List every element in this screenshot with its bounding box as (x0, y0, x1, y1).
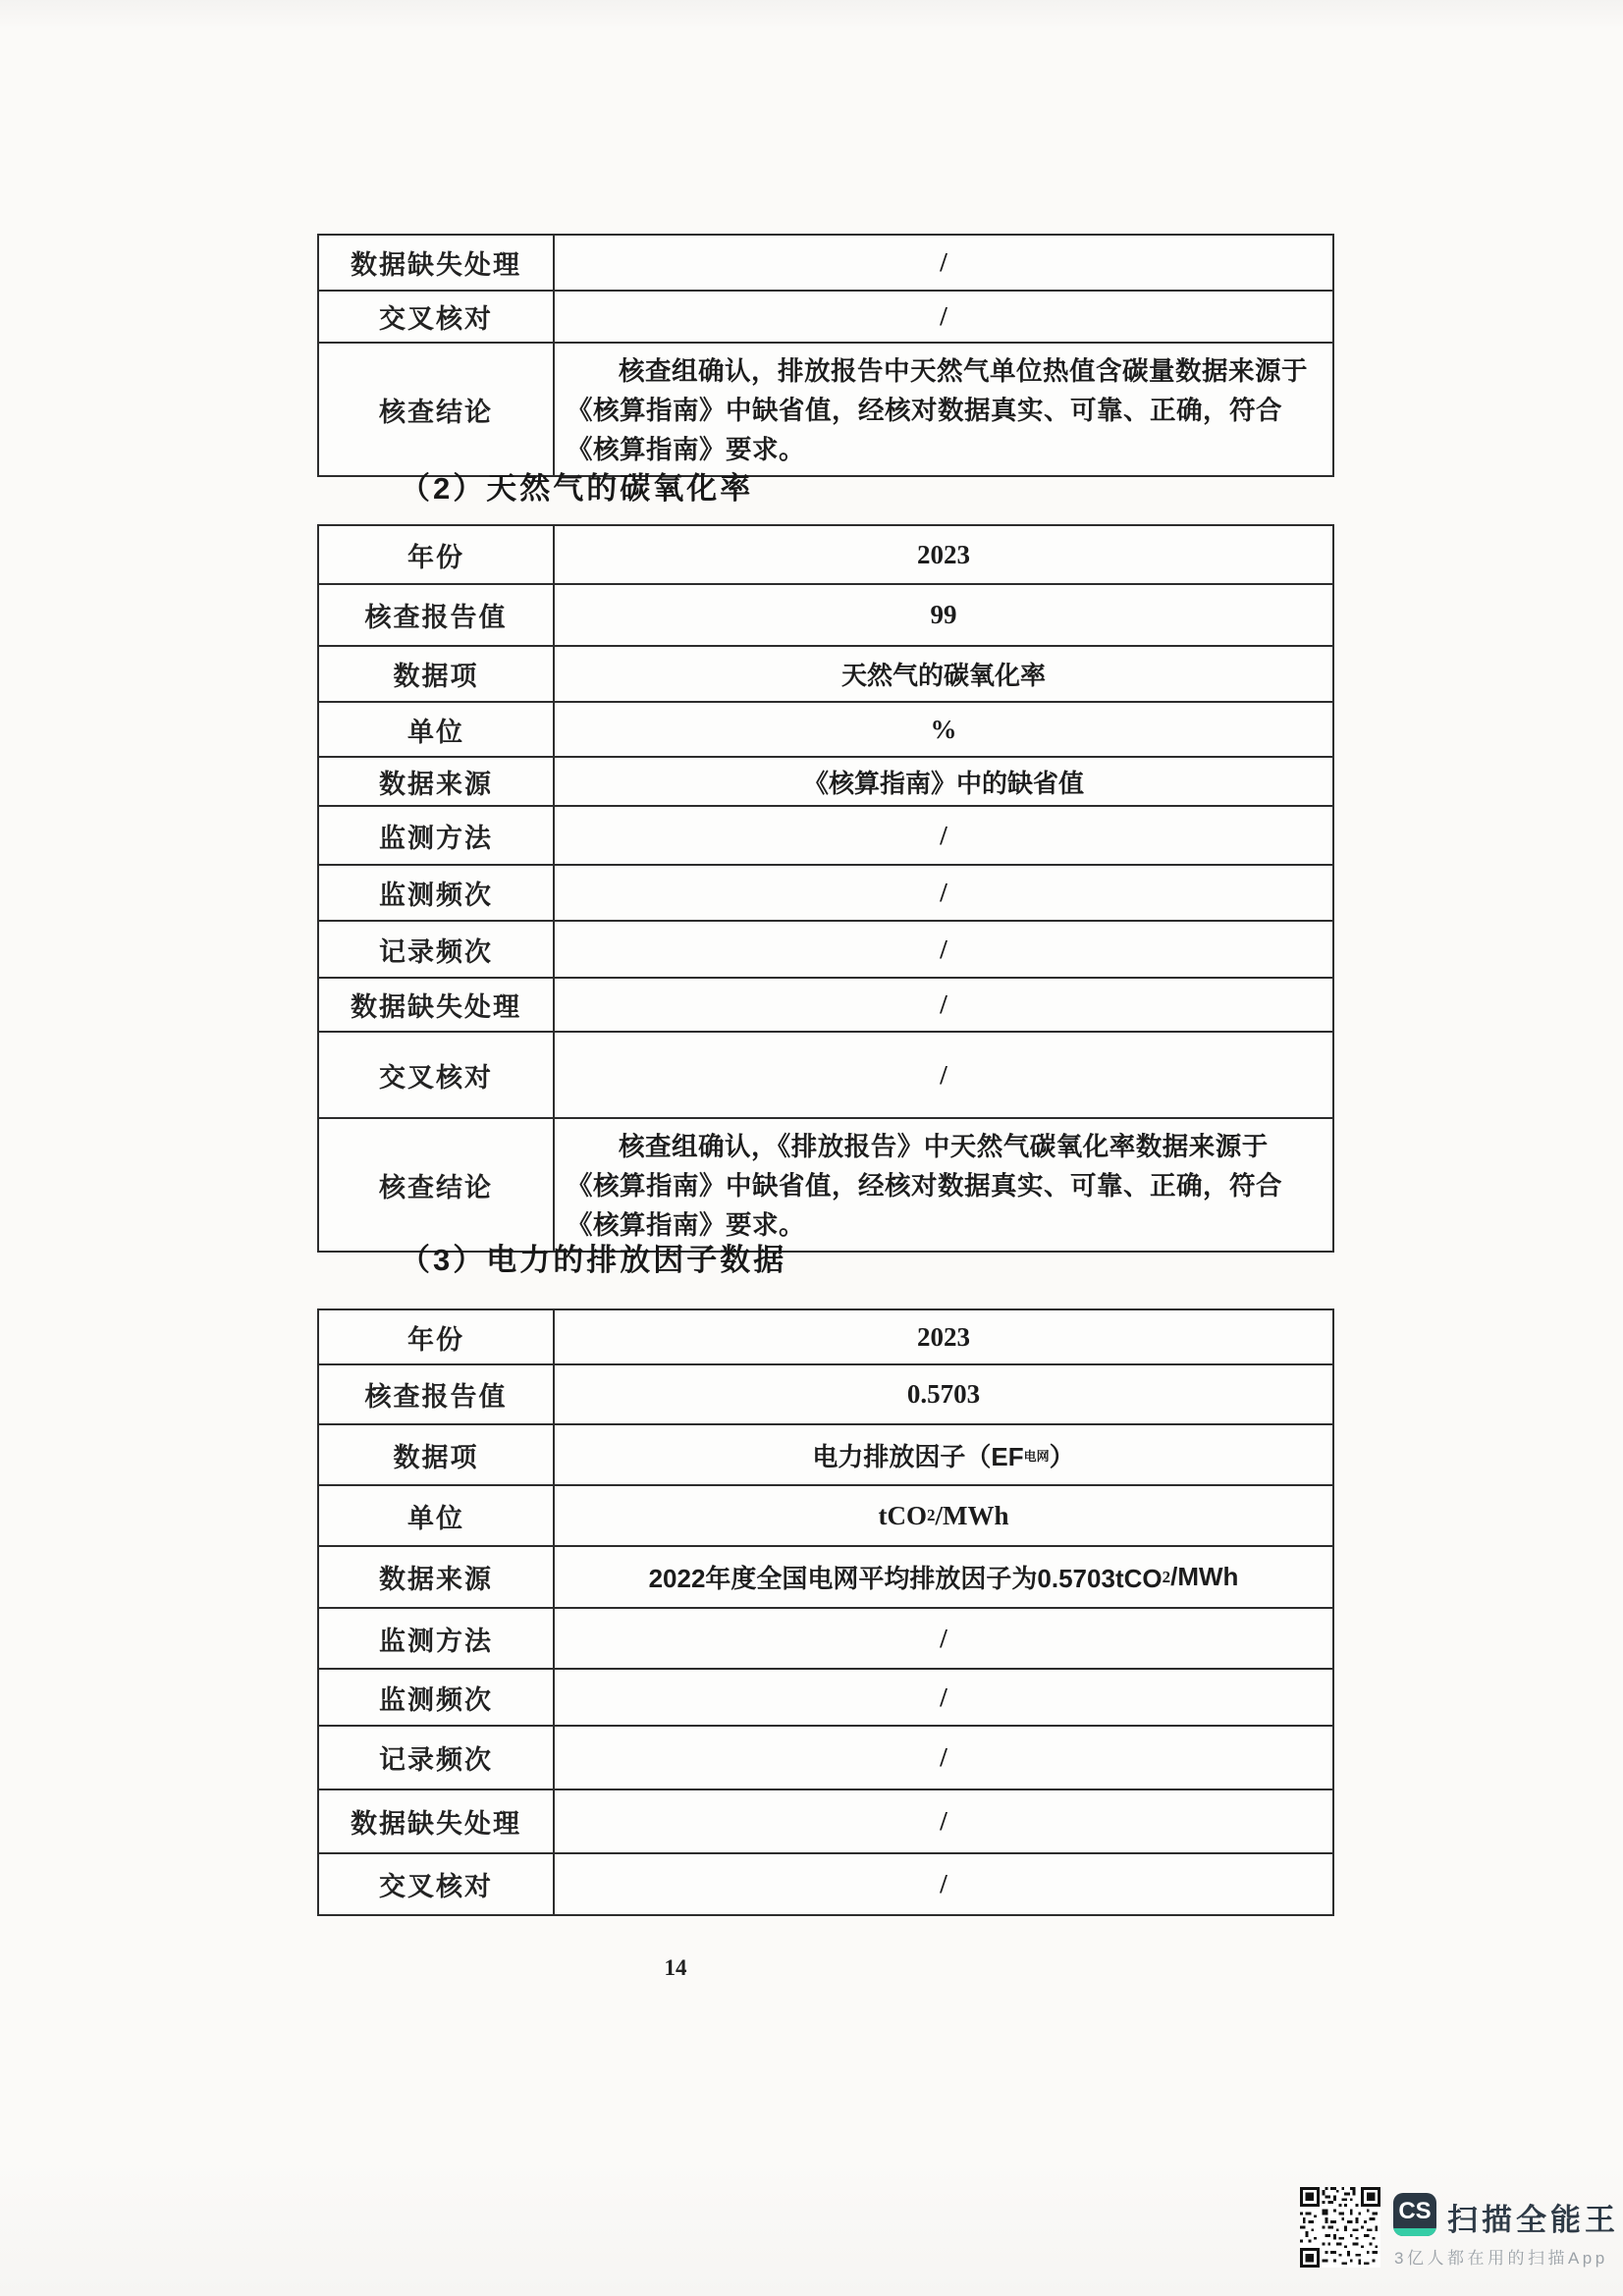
row-value: / (555, 236, 1332, 290)
table-row: 数据项 天然气的碳氧化率 (319, 645, 1332, 701)
row-value: 99 (555, 585, 1332, 645)
value-text: 2022年度全国电网平均排放因子为0.5703tCO (649, 1559, 1163, 1595)
row-value: / (555, 292, 1332, 342)
value-text: tCO (878, 1501, 927, 1531)
row-label: 交叉核对 (319, 292, 555, 342)
row-label: 监测频次 (319, 866, 555, 920)
table-row: 数据缺失处理 / (319, 1789, 1332, 1852)
table-row: 数据缺失处理 / (319, 236, 1332, 290)
row-value: 0.5703 (555, 1365, 1332, 1423)
row-label: 交叉核对 (319, 1033, 555, 1117)
table-row: 监测方法 / (319, 805, 1332, 864)
table-electricity-emission-factor: 年份 2023 核查报告值 0.5703 数据项 电力排放因子（EF电网） 单位… (317, 1308, 1334, 1916)
table-row: 核查结论 核查组确认，排放报告中天然气单位热值含碳量数据来源于《核算指南》中缺省… (319, 342, 1332, 475)
row-label: 监测方法 (319, 1609, 555, 1668)
camscanner-tagline: 3亿人都在用的扫描App (1394, 2244, 1608, 2269)
table-row: 单位 tCO2/MWh (319, 1484, 1332, 1545)
section-heading-electricity-emission-factor: （3）电力的排放因子数据 (400, 1235, 786, 1279)
table-row: 交叉核对 / (319, 290, 1332, 342)
table-row: 核查报告值 0.5703 (319, 1363, 1332, 1423)
row-value: 《核算指南》中的缺省值 (555, 758, 1332, 805)
table-natural-gas-heat-value-conclusion: 数据缺失处理 / 交叉核对 / 核查结论 核查组确认，排放报告中天然气单位热值含… (317, 234, 1334, 477)
table-row: 单位 % (319, 701, 1332, 756)
row-label: 年份 (319, 526, 555, 583)
row-value: 核查组确认，排放报告中天然气单位热值含碳量数据来源于《核算指南》中缺省值，经核对… (555, 344, 1332, 475)
table-row: 交叉核对 / (319, 1031, 1332, 1117)
row-label: 记录频次 (319, 922, 555, 977)
row-value: / (555, 1670, 1332, 1725)
row-value: tCO2/MWh (555, 1486, 1332, 1545)
row-value: 电力排放因子（EF电网） (555, 1425, 1332, 1484)
row-label: 监测方法 (319, 807, 555, 864)
camscanner-logo: CS (1393, 2193, 1436, 2236)
row-label: 单位 (319, 1486, 555, 1545)
table-row: 年份 2023 (319, 1310, 1332, 1363)
table-row: 数据来源 2022年度全国电网平均排放因子为0.5703tCO2/MWh (319, 1545, 1332, 1607)
row-label: 核查结论 (319, 344, 555, 475)
camscanner-logo-text: CS (1398, 2198, 1431, 2225)
table-row: 记录频次 / (319, 1725, 1332, 1789)
row-value: / (555, 1033, 1332, 1117)
section-heading-natural-gas-oxidation-rate: （2）天然气的碳氧化率 (400, 463, 753, 507)
row-label: 记录频次 (319, 1727, 555, 1789)
row-label: 数据来源 (319, 1547, 555, 1607)
table-row: 监测频次 / (319, 1668, 1332, 1725)
row-value: % (555, 703, 1332, 756)
table-row: 核查报告值 99 (319, 583, 1332, 645)
table-row: 核查结论 核查组确认，《排放报告》中天然气碳氧化率数据来源于《核算指南》中缺省值… (319, 1117, 1332, 1251)
table-row: 数据项 电力排放因子（EF电网） (319, 1423, 1332, 1484)
row-value: / (555, 866, 1332, 920)
row-label: 核查结论 (319, 1119, 555, 1251)
row-label: 监测频次 (319, 1670, 555, 1725)
value-text: /MWh (1170, 1562, 1238, 1592)
row-value: 2023 (555, 526, 1332, 583)
row-label: 数据项 (319, 1425, 555, 1484)
row-value: / (555, 1790, 1332, 1852)
row-label: 交叉核对 (319, 1854, 555, 1914)
value-subscript: 2 (1163, 1568, 1171, 1587)
value-text: 电力排放因子（EF (812, 1437, 1023, 1473)
table-row: 记录频次 / (319, 920, 1332, 977)
row-label: 核查报告值 (319, 585, 555, 645)
row-label: 年份 (319, 1310, 555, 1363)
value-text: /MWh (935, 1501, 1008, 1531)
row-value: / (555, 1727, 1332, 1789)
row-label: 数据缺失处理 (319, 1790, 555, 1852)
row-value: / (555, 1609, 1332, 1668)
table-row: 数据缺失处理 / (319, 977, 1332, 1031)
page-number: 14 (636, 1955, 715, 1981)
row-label: 单位 (319, 703, 555, 756)
value-subscript: 电网 (1024, 1446, 1050, 1465)
table-natural-gas-carbon-oxidation-rate: 年份 2023 核查报告值 99 数据项 天然气的碳氧化率 单位 % 数据来源 … (317, 524, 1334, 1253)
table-row: 监测方法 / (319, 1607, 1332, 1668)
qr-code-icon (1300, 2187, 1380, 2268)
table-row: 交叉核对 / (319, 1852, 1332, 1914)
row-value: / (555, 1854, 1332, 1914)
table-row: 监测频次 / (319, 864, 1332, 920)
row-value: / (555, 922, 1332, 977)
camscanner-watermark: CS 扫描全能王 3亿人都在用的扫描App (1294, 2181, 1608, 2279)
value-text: ） (1050, 1437, 1075, 1473)
row-value: 天然气的碳氧化率 (555, 647, 1332, 701)
camscanner-brand-name: 扫描全能王 (1447, 2195, 1619, 2239)
row-label: 数据缺失处理 (319, 236, 555, 290)
row-value: 2023 (555, 1310, 1332, 1363)
row-value: 2022年度全国电网平均排放因子为0.5703tCO2/MWh (555, 1547, 1332, 1607)
table-row: 数据来源 《核算指南》中的缺省值 (319, 756, 1332, 805)
row-value: / (555, 979, 1332, 1031)
row-label: 数据来源 (319, 758, 555, 805)
row-value: 核查组确认，《排放报告》中天然气碳氧化率数据来源于《核算指南》中缺省值，经核对数… (555, 1119, 1332, 1251)
row-label: 核查报告值 (319, 1365, 555, 1423)
logo-accent-strip (1393, 2228, 1436, 2236)
row-label: 数据缺失处理 (319, 979, 555, 1031)
row-value: / (555, 807, 1332, 864)
table-row: 年份 2023 (319, 526, 1332, 583)
row-label: 数据项 (319, 647, 555, 701)
